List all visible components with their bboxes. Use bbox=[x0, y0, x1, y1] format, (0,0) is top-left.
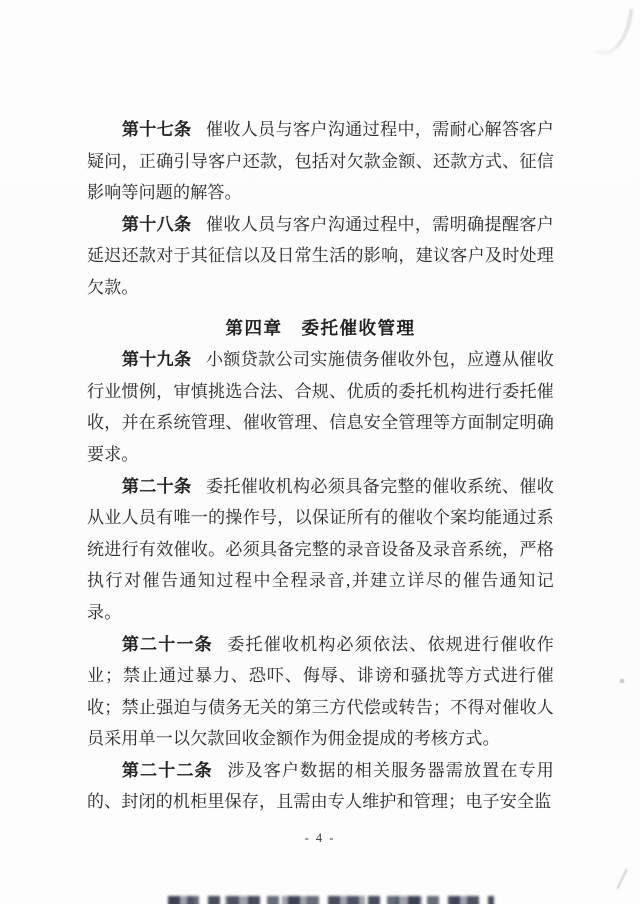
scan-artifact-icon bbox=[596, 5, 633, 56]
page-number: - 4 - bbox=[0, 831, 640, 846]
article-number: 第十八条 bbox=[122, 215, 192, 234]
article-paragraph: 第二十二条涉及客户数据的相关服务器需放置在专用的、封闭的机柜里保存，且需由专人维… bbox=[87, 755, 554, 818]
article-paragraph: 第二十一条委托催收机构必须依法、依规进行催收作业；禁止通过暴力、恐吓、侮辱、诽谤… bbox=[87, 629, 554, 755]
article-paragraph: 第十七条催收人员与客户沟通过程中，需耐心解答客户疑问，正确引导客户还款，包括对欠… bbox=[87, 114, 554, 209]
chapter-heading: 第四章 委托催收管理 bbox=[87, 313, 554, 345]
article-paragraph: 第二十条委托催收机构必须具备完整的催收系统、催收从业人员有唯一的操作号，以保证所… bbox=[87, 471, 554, 629]
scanned-document-page: 第十七条催收人员与客户沟通过程中，需耐心解答客户疑问，正确引导客户还款，包括对欠… bbox=[0, 0, 640, 904]
article-number: 第十七条 bbox=[122, 120, 192, 139]
article-number: 第十九条 bbox=[122, 350, 192, 369]
article-number: 第二十二条 bbox=[122, 761, 213, 780]
cutoff-text-artifact bbox=[168, 896, 494, 904]
article-number: 第二十一条 bbox=[122, 635, 213, 654]
scan-artifact-icon bbox=[620, 679, 624, 683]
article-paragraph: 第十八条催收人员与客户沟通过程中，需明确提醒客户延迟还款对于其征信以及日常生活的… bbox=[87, 209, 554, 304]
document-body: 第十七条催收人员与客户沟通过程中，需耐心解答客户疑问，正确引导客户还款，包括对欠… bbox=[87, 114, 554, 818]
article-text: 委托催收机构必须具备完整的催收系统、催收从业人员有唯一的操作号，以保证所有的催收… bbox=[87, 477, 554, 622]
article-paragraph: 第十九条小额贷款公司实施债务催收外包，应遵从催收行业惯例，审慎挑选合法、合规、优… bbox=[87, 344, 554, 470]
article-number: 第二十条 bbox=[122, 477, 192, 496]
scan-artifact-icon bbox=[616, 869, 627, 890]
